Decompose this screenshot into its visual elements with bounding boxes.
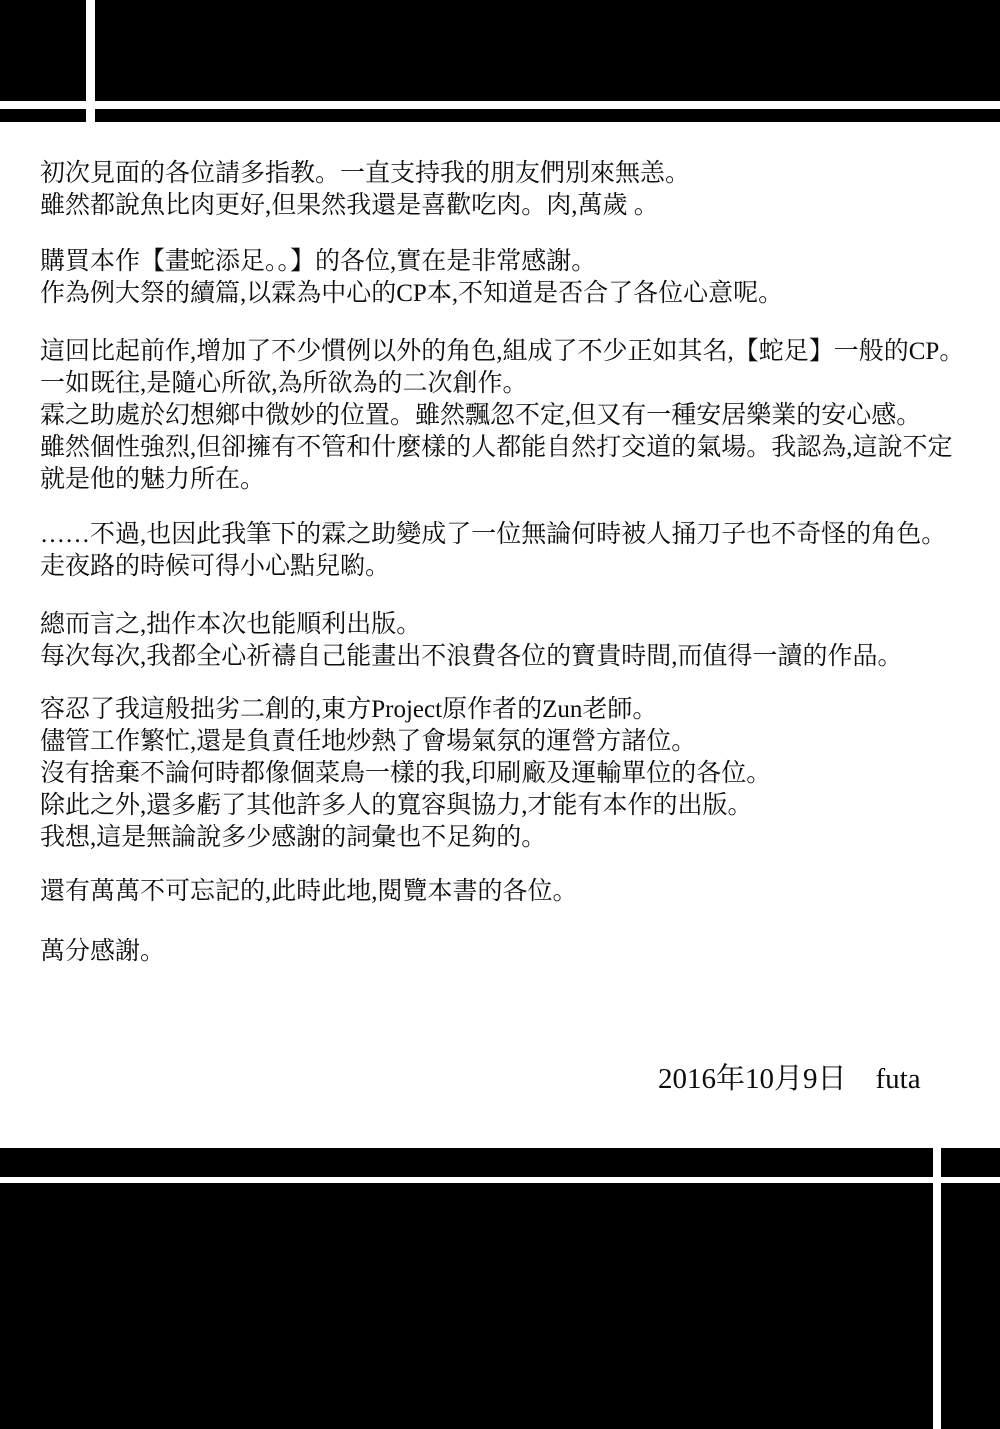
- top-thin-black-band: [0, 109, 1000, 122]
- text-line: 霖之助處於幻想鄉中微妙的位置。雖然飄忽不定,但又有一種安居樂業的安心感。: [40, 400, 964, 432]
- afterword-paragraph: 購買本作【畫蛇添足。。】的各位,實在是非常感謝。 作為例大祭的續篇,以霖為中心的…: [40, 246, 783, 310]
- text-line: 走夜路的時候可得小心點兒喲。: [40, 551, 946, 583]
- text-line: 雖然都說魚比肉更好,但果然我還是喜歡吃肉。肉,萬歲 。: [40, 190, 690, 222]
- top-black-band: [0, 0, 1000, 101]
- top-white-registration-line: [86, 0, 95, 122]
- bottom-black-band: [0, 1183, 1000, 1429]
- text-line: 總而言之,拙作本次也能順利出版。: [40, 609, 903, 641]
- text-line: 除此之外,還多虧了其他許多人的寬容與協力,才能有本作的出版。: [40, 790, 771, 822]
- text-line: 購買本作【畫蛇添足。。】的各位,實在是非常感謝。: [40, 246, 783, 278]
- afterword-paragraph: 這回比起前作,增加了不少慣例以外的角色,組成了不少正如其名,【蛇足】一般的CP。…: [40, 336, 964, 496]
- text-line: 就是他的魅力所在。: [40, 464, 964, 496]
- text-line: 容忍了我這般拙劣二創的,東方Project原作者的Zun老師。: [40, 694, 771, 726]
- afterword-paragraph: 容忍了我這般拙劣二創的,東方Project原作者的Zun老師。 儘管工作繁忙,還…: [40, 694, 771, 854]
- afterword-paragraph: ……不過,也因此我筆下的霖之助變成了一位無論何時被人捅刀子也不奇怪的角色。 走夜…: [40, 519, 946, 583]
- text-line: 這回比起前作,增加了不少慣例以外的角色,組成了不少正如其名,【蛇足】一般的CP。: [40, 336, 964, 368]
- text-line: ……不過,也因此我筆下的霖之助變成了一位無論何時被人捅刀子也不奇怪的角色。: [40, 519, 946, 551]
- text-line: 我想,這是無論說多少感謝的詞彙也不足夠的。: [40, 822, 771, 854]
- afterword-paragraph: 萬分感謝。: [40, 936, 165, 968]
- text-line: 沒有捨棄不論何時都像個菜鳥一樣的我,印刷廠及運輸單位的各位。: [40, 758, 771, 790]
- afterword-paragraph: 初次見面的各位請多指教。一直支持我的朋友們別來無恙。 雖然都說魚比肉更好,但果然…: [40, 158, 690, 222]
- bottom-thin-black-band: [0, 1148, 1000, 1177]
- afterword-paragraph: 還有萬萬不可忘記的,此時此地,閱覽本書的各位。: [40, 876, 578, 908]
- bottom-white-registration-line: [933, 1148, 941, 1429]
- text-line: 每次每次,我都全心祈禱自己能畫出不浪費各位的寶貴時間,而值得一讀的作品。: [40, 641, 903, 673]
- text-line: 作為例大祭的續篇,以霖為中心的CP本,不知道是否合了各位心意呢。: [40, 278, 783, 310]
- date-signature: 2016年10月9日 futa: [658, 1062, 921, 1096]
- text-line: 雖然個性強烈,但卻擁有不管和什麼樣的人都能自然打交道的氣場。我認為,這說不定: [40, 432, 964, 464]
- text-line: 萬分感謝。: [40, 936, 165, 968]
- text-line: 儘管工作繁忙,還是負責任地炒熱了會場氣氛的運營方諸位。: [40, 726, 771, 758]
- text-line: 初次見面的各位請多指教。一直支持我的朋友們別來無恙。: [40, 158, 690, 190]
- afterword-paragraph: 總而言之,拙作本次也能順利出版。 每次每次,我都全心祈禱自己能畫出不浪費各位的寶…: [40, 609, 903, 673]
- text-line: 一如既往,是隨心所欲,為所欲為的二次創作。: [40, 368, 964, 400]
- scanned-afterword-page: 初次見面的各位請多指教。一直支持我的朋友們別來無恙。 雖然都說魚比肉更好,但果然…: [0, 0, 1000, 1429]
- text-line: 還有萬萬不可忘記的,此時此地,閱覽本書的各位。: [40, 876, 578, 908]
